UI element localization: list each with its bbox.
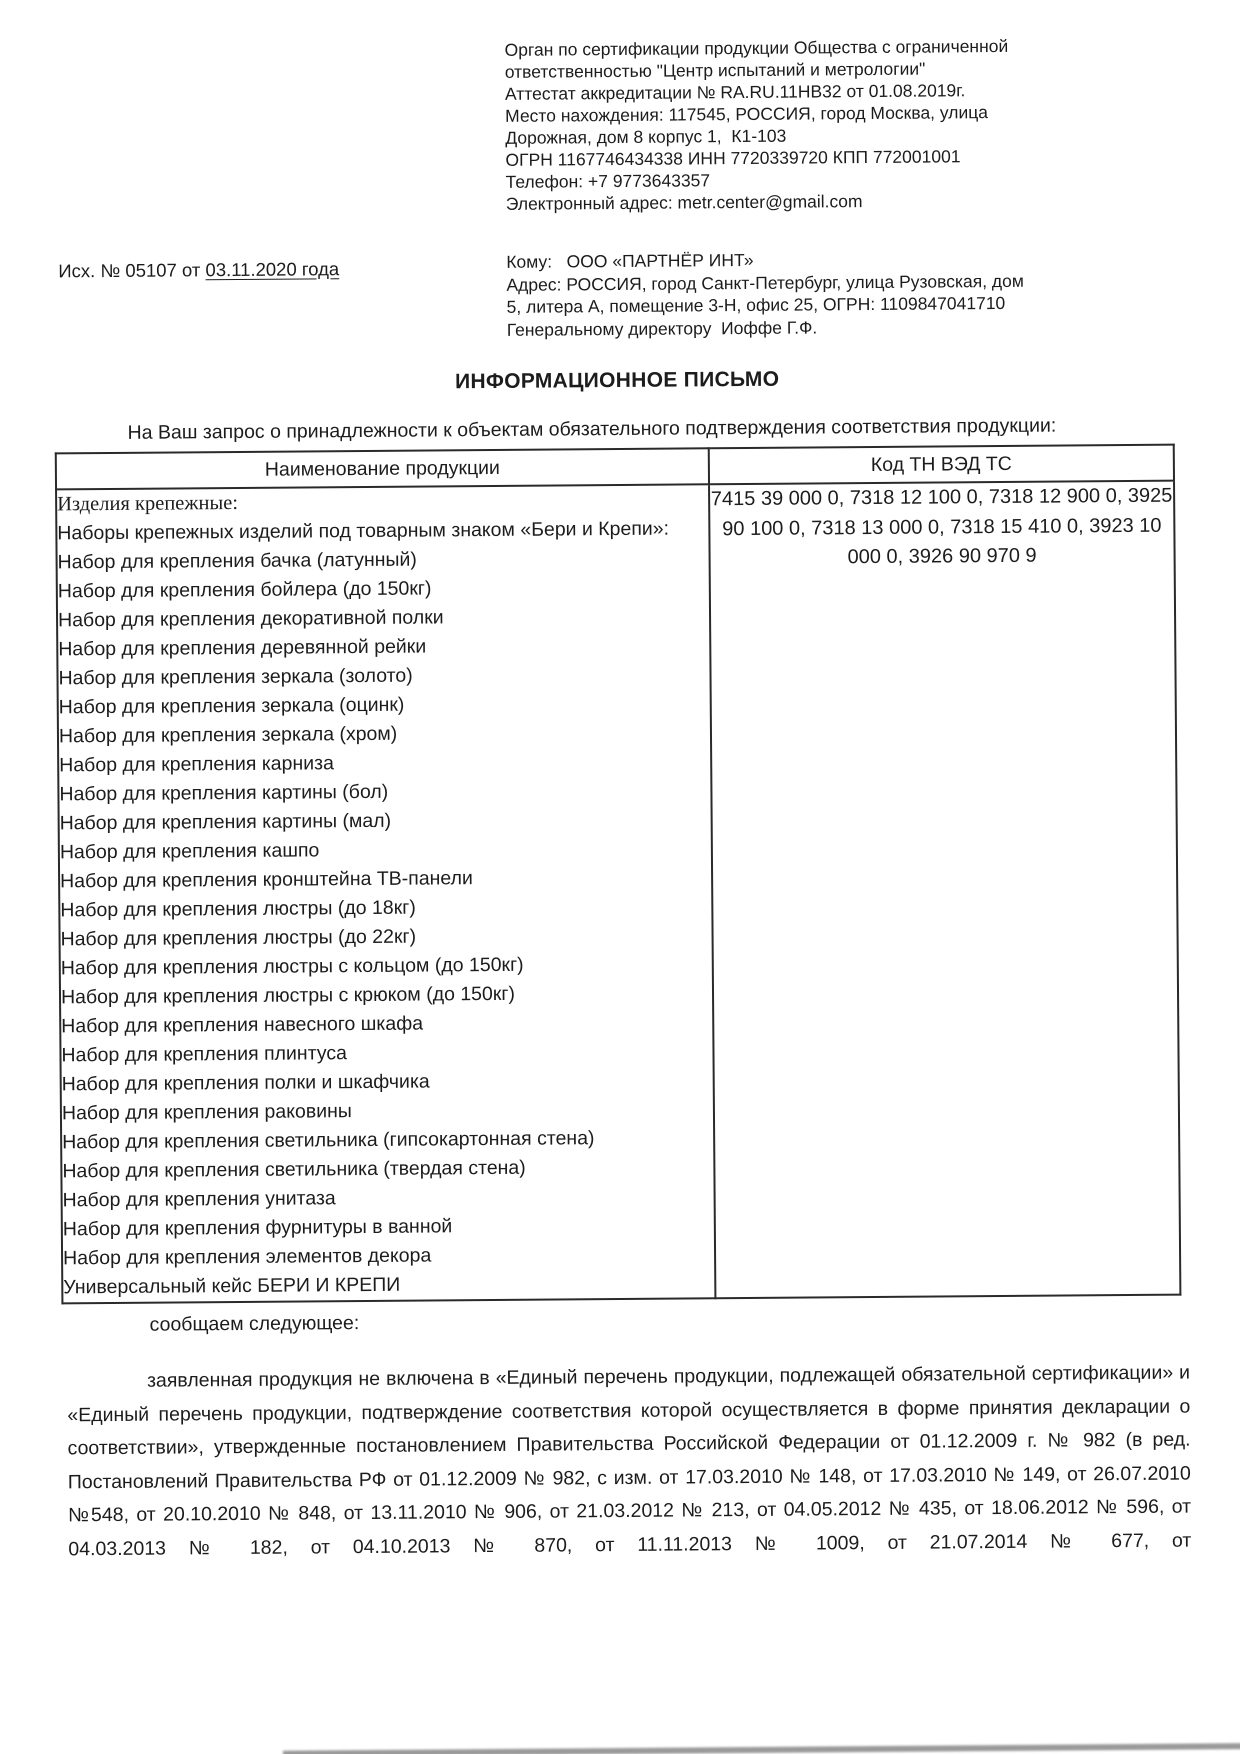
- product-column-header: Наименование продукции: [56, 448, 709, 489]
- product-line: Универсальный кейс БЕРИ И КРЕПИ: [63, 1268, 714, 1302]
- scan-content: Орган по сертификации продукции Общества…: [0, 0, 1240, 1754]
- letterhead-block: Орган по сертификации продукции Общества…: [505, 35, 1011, 215]
- letter-body-flow: На Ваш запрос о принадлежности к объекта…: [59, 409, 1188, 1567]
- followup-line: сообщаем следующее:: [150, 1306, 1187, 1337]
- products-table: Наименование продукции Код ТН ВЭД ТС Изд…: [55, 444, 1182, 1305]
- letter-title: ИНФОРМАЦИОННОЕ ПИСЬМО: [0, 364, 1237, 398]
- product-list-cell: Изделия крепежные: Наборы крепежных изде…: [56, 484, 715, 1303]
- brand-line: Наборы крепежных изделий под товарным зн…: [57, 514, 708, 548]
- outgoing-date: 03.11.2020 года: [205, 258, 339, 280]
- scanned-letter-page: Орган по сертификации продукции Общества…: [0, 0, 1240, 1754]
- body-paragraph: заявленная продукция не включена в «Един…: [67, 1357, 1192, 1567]
- tnved-codes-cell: 7415 39 000 0, 7318 12 100 0, 7318 12 90…: [709, 481, 1180, 1299]
- outgoing-prefix: Исх. № 05107 от: [58, 259, 205, 281]
- outgoing-reference: Исх. № 05107 от 03.11.2020 года: [58, 258, 339, 282]
- recipient-block: Кому: ООО «ПАРТНЁР ИНТ» Адрес: РОССИЯ, г…: [506, 247, 1037, 341]
- code-column-header: Код ТН ВЭД ТС: [709, 445, 1174, 485]
- scan-edge-artifact: [283, 1743, 1240, 1754]
- table-body-row: Изделия крепежные: Наборы крепежных изде…: [56, 481, 1180, 1304]
- product-list: Набор для крепления бачка (латунный)Набо…: [58, 543, 715, 1302]
